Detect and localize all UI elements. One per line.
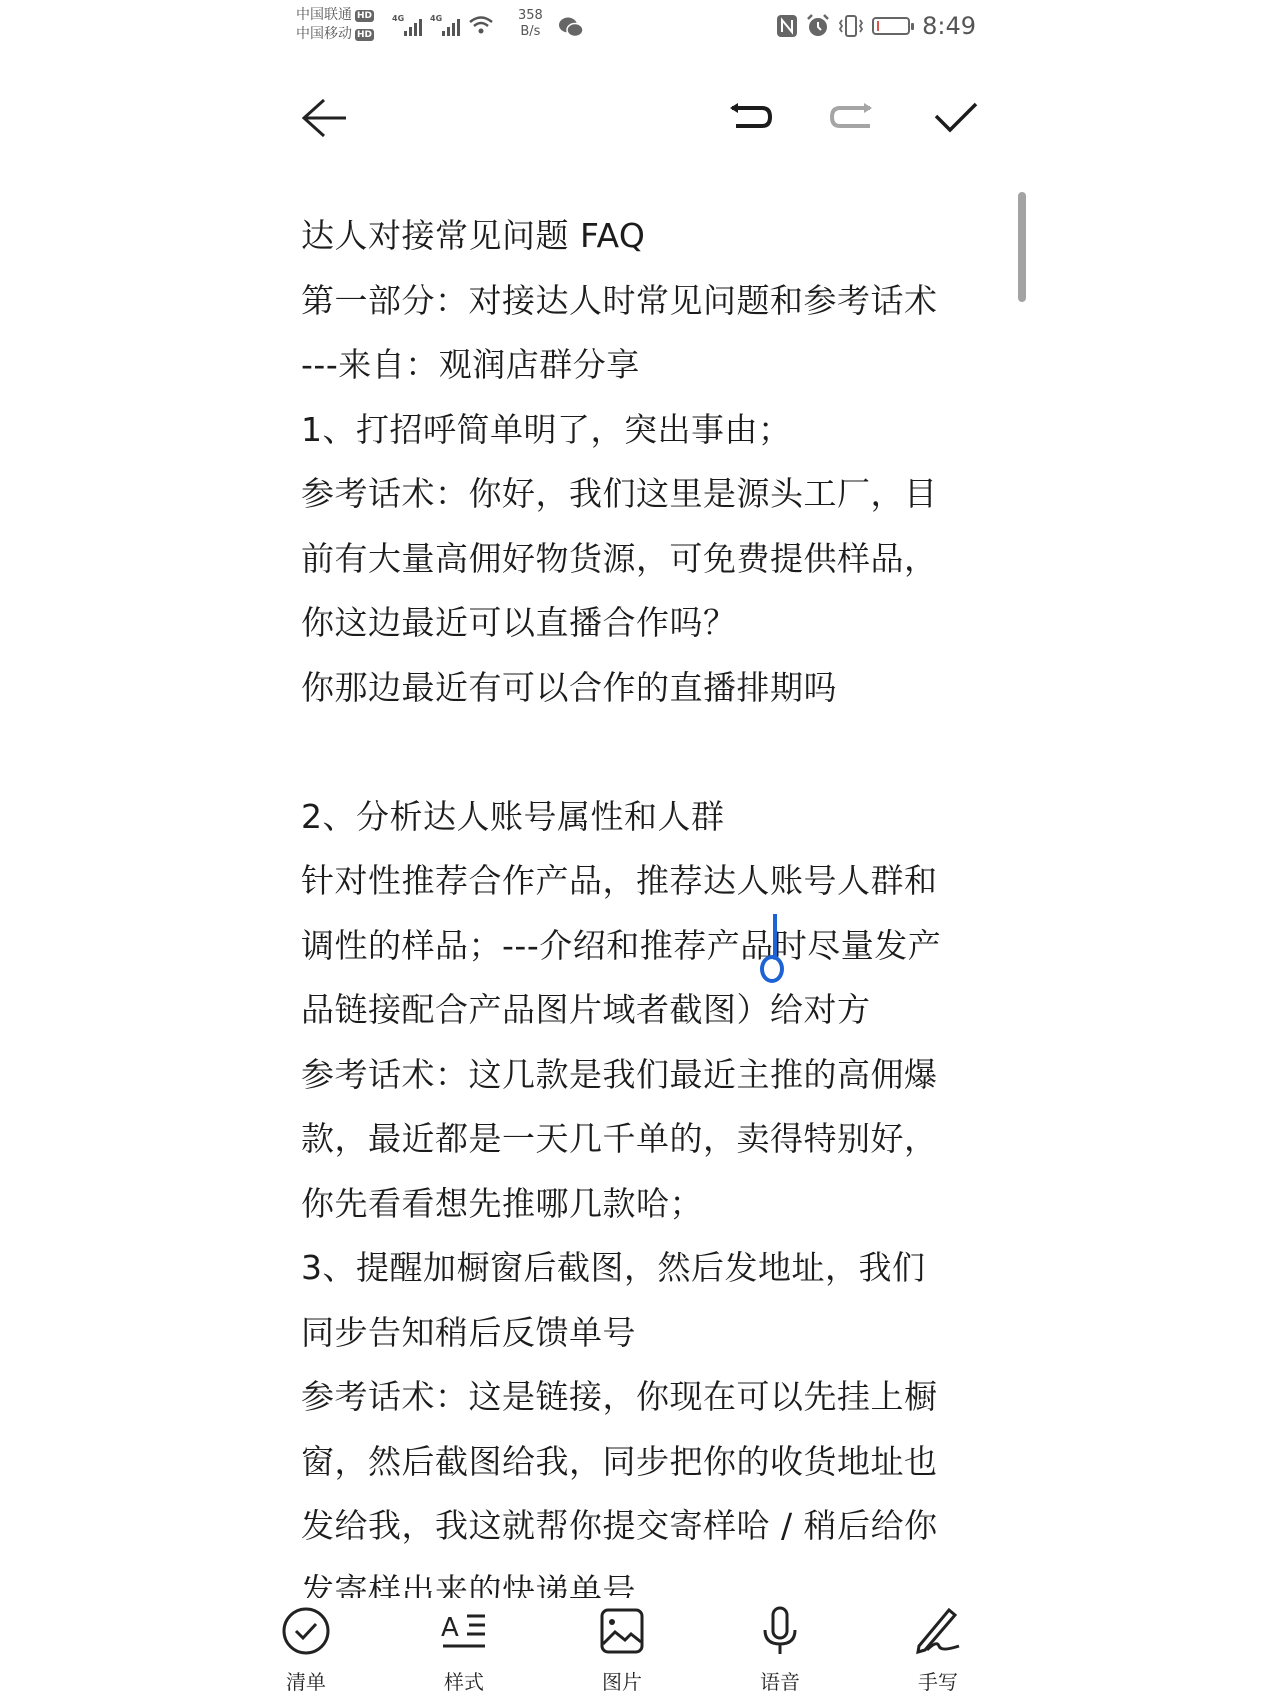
note-line: 第一部分：对接达人时常见问题和参考话术 — [301, 269, 1000, 334]
signal-indicators: 4G 4G — [392, 14, 494, 36]
note-title: 达人对接常见问题 FAQ — [301, 204, 1000, 269]
back-button[interactable] — [296, 90, 352, 146]
note-blank-line — [301, 720, 1000, 785]
note-line: 发寄样出来的快递单号 — [301, 1559, 1000, 1599]
text-cursor — [773, 914, 777, 960]
hd-badge: HD — [355, 10, 374, 22]
signal-icon: 4G — [430, 14, 460, 36]
note-line: 款，最近都是一天几千单的，卖得特别好， — [301, 1107, 1000, 1172]
battery-icon — [872, 17, 910, 35]
notes-editor-screen: 中国联通 HD 中国移动 HD 4G 4G 358 — [280, 0, 1000, 1706]
note-line: 参考话术：你好，我们这里是源头工厂，目 — [301, 462, 1000, 527]
wifi-icon — [468, 14, 494, 36]
vibrate-icon — [838, 14, 864, 38]
handwriting-button[interactable]: 手写 — [888, 1604, 988, 1695]
checklist-icon — [281, 1606, 331, 1656]
note-line: 前有大量高佣好物货源，可免费提供样品， — [301, 527, 1000, 592]
note-line: 窗，然后截图给我，同步把你的收货地址也 — [301, 1430, 1000, 1495]
wechat-icon — [558, 16, 584, 38]
carrier-1: 中国联通 HD — [296, 6, 374, 25]
image-label: 图片 — [572, 1666, 672, 1695]
svg-text:A: A — [441, 1613, 459, 1643]
undo-icon — [726, 102, 774, 134]
note-line: 你那边最近有可以合作的直播排期吗 — [301, 656, 1000, 721]
style-label: 样式 — [414, 1666, 514, 1695]
signal-icon: 4G — [392, 14, 422, 36]
note-line: 你这边最近可以直播合作吗？ — [301, 591, 1000, 656]
back-arrow-icon — [300, 96, 348, 140]
done-button[interactable] — [928, 90, 984, 146]
bottom-toolbar: 清单 A 样式 图片 — [280, 1598, 1000, 1706]
carrier-2: 中国移动 HD — [296, 25, 374, 44]
carrier-name: 中国移动 — [296, 25, 352, 44]
network-speed: 358 B/s — [518, 8, 543, 40]
scrollbar[interactable] — [1018, 192, 1026, 302]
checkmark-icon — [932, 100, 980, 136]
microphone-icon — [755, 1606, 805, 1656]
undo-button[interactable] — [722, 90, 778, 146]
note-line: 参考话术：这几款是我们最近主推的高佣爆 — [301, 1043, 1000, 1108]
editor-toolbar — [280, 80, 1000, 156]
checklist-label: 清单 — [256, 1666, 356, 1695]
alarm-icon — [806, 14, 830, 38]
text-style-icon: A — [439, 1606, 489, 1656]
voice-label: 语音 — [730, 1666, 830, 1695]
handwriting-label: 手写 — [888, 1666, 988, 1695]
status-icons-right: 8:49 — [776, 12, 976, 40]
note-line: 1、打招呼简单明了，突出事由； — [301, 398, 1000, 463]
voice-button[interactable]: 语音 — [730, 1604, 830, 1695]
carrier-name: 中国联通 — [296, 6, 352, 25]
note-line: 3、提醒加橱窗后截图，然后发地址，我们 — [301, 1236, 1000, 1301]
note-line: 2、分析达人账号属性和人群 — [301, 785, 1000, 850]
handwriting-pen-icon — [913, 1606, 963, 1656]
note-line: 同步告知稍后反馈单号 — [301, 1301, 1000, 1366]
note-line: ---来自：观润店群分享 — [301, 333, 1000, 398]
image-icon — [597, 1606, 647, 1656]
note-line: 参考话术：这是链接，你现在可以先挂上橱 — [301, 1365, 1000, 1430]
redo-icon — [828, 102, 876, 134]
hd-badge: HD — [355, 29, 374, 41]
nfc-icon — [776, 14, 798, 38]
redo-button[interactable] — [824, 90, 880, 146]
note-text[interactable]: 达人对接常见问题 FAQ 第一部分：对接达人时常见问题和参考话术 ---来自：观… — [301, 204, 1000, 1598]
note-line: 品链接配合产品图片域者截图）给对方 — [301, 978, 1000, 1043]
style-button[interactable]: A 样式 — [414, 1604, 514, 1695]
note-line: 针对性推荐合作产品，推荐达人账号人群和 — [301, 849, 1000, 914]
image-button[interactable]: 图片 — [572, 1604, 672, 1695]
note-line: 发给我，我这就帮你提交寄样哈 / 稍后给你 — [301, 1494, 1000, 1559]
carrier-info: 中国联通 HD 中国移动 HD — [296, 6, 374, 44]
cursor-drag-handle[interactable] — [760, 955, 784, 983]
clock-time: 8:49 — [922, 12, 976, 40]
note-line: 你先看看想先推哪几款哈； — [301, 1172, 1000, 1237]
note-line: 调性的样品；---介绍和推荐产品时尽量发产 — [301, 914, 1000, 979]
note-body[interactable]: 达人对接常见问题 FAQ 第一部分：对接达人时常见问题和参考话术 ---来自：观… — [280, 180, 1000, 1598]
status-bar: 中国联通 HD 中国移动 HD 4G 4G 358 — [280, 0, 1000, 56]
checklist-button[interactable]: 清单 — [256, 1604, 356, 1695]
